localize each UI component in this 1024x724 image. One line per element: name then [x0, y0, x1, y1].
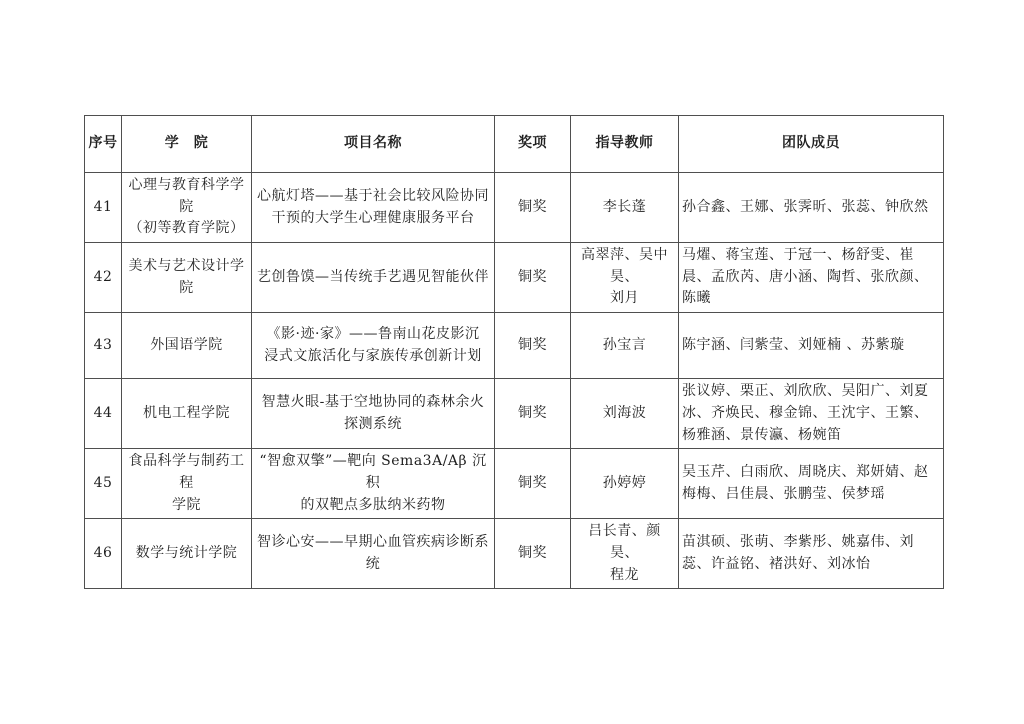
cell-serial-number: 41: [85, 173, 122, 243]
header-team-members: 团队成员: [679, 116, 944, 173]
cell-award: 铜奖: [495, 519, 571, 589]
cell-project-name: 智慧火眼-基于空地协同的森林余火 探测系统: [252, 379, 495, 449]
cell-team-members: 马燿、蒋宝莲、于冠一、杨舒雯、崔晨、孟欣芮、唐小涵、陶哲、张欣颜、陈曦: [679, 243, 944, 313]
table-header: 序号 学 院 项目名称 奖项 指导教师 团队成员: [85, 116, 944, 173]
cell-team-members: 苗淇硕、张萌、李紫彤、姚嘉伟、刘蕊、许益铭、褚洪好、刘冰怡: [679, 519, 944, 589]
cell-project-name: 艺创鲁馍—当传统手艺遇见智能伙伴: [252, 243, 495, 313]
cell-serial-number: 44: [85, 379, 122, 449]
cell-project-name: 心航灯塔——基于社会比较风险协同 干预的大学生心理健康服务平台: [252, 173, 495, 243]
cell-college: 数学与统计学院: [122, 519, 252, 589]
header-advisor: 指导教师: [571, 116, 679, 173]
table-row: 46 数学与统计学院 智诊心安——早期心血管疾病诊断系 统 铜奖 吕长青、颜昊、…: [85, 519, 944, 589]
cell-project-name: “智愈双擎”—靶向 Sema3A/Aβ 沉积 的双靶点多肽纳米药物: [252, 449, 495, 519]
table-row: 43 外国语学院 《影·迹·家》——鲁南山花皮影沉 浸式文旅活化与家族传承创新计…: [85, 313, 944, 379]
cell-team-members: 吴玉芹、白雨欣、周晓庆、郑妍婧、赵梅梅、吕佳晨、张鹏莹、侯梦瑶: [679, 449, 944, 519]
cell-college: 心理与教育科学学院 （初等教育学院）: [122, 173, 252, 243]
cell-college: 食品科学与制药工程 学院: [122, 449, 252, 519]
header-college: 学 院: [122, 116, 252, 173]
cell-college: 美术与艺术设计学院: [122, 243, 252, 313]
cell-project-name: 智诊心安——早期心血管疾病诊断系 统: [252, 519, 495, 589]
cell-award: 铜奖: [495, 173, 571, 243]
cell-college: 外国语学院: [122, 313, 252, 379]
cell-serial-number: 46: [85, 519, 122, 589]
cell-award: 铜奖: [495, 313, 571, 379]
cell-team-members: 陈宇涵、闫紫莹、刘娅楠 、苏紫璇: [679, 313, 944, 379]
cell-advisor: 刘海波: [571, 379, 679, 449]
cell-advisor: 李长蓬: [571, 173, 679, 243]
document-page: 序号 学 院 项目名称 奖项 指导教师 团队成员 41 心理与教育科学学院 （初…: [0, 0, 1024, 724]
cell-serial-number: 45: [85, 449, 122, 519]
header-row: 序号 学 院 项目名称 奖项 指导教师 团队成员: [85, 116, 944, 173]
table-row: 44 机电工程学院 智慧火眼-基于空地协同的森林余火 探测系统 铜奖 刘海波 张…: [85, 379, 944, 449]
header-serial-number: 序号: [85, 116, 122, 173]
header-project-name: 项目名称: [252, 116, 495, 173]
cell-advisor: 孙宝言: [571, 313, 679, 379]
cell-advisor: 吕长青、颜昊、 程龙: [571, 519, 679, 589]
cell-award: 铜奖: [495, 449, 571, 519]
cell-advisor: 孙婷婷: [571, 449, 679, 519]
cell-serial-number: 42: [85, 243, 122, 313]
table-body: 41 心理与教育科学学院 （初等教育学院） 心航灯塔——基于社会比较风险协同 干…: [85, 173, 944, 589]
cell-serial-number: 43: [85, 313, 122, 379]
cell-award: 铜奖: [495, 379, 571, 449]
cell-team-members: 张议婷、栗正、刘欣欣、吴阳广、刘夏冰、齐焕民、穆金锦、王沈宇、王繁、杨雅涵、景传…: [679, 379, 944, 449]
cell-project-name: 《影·迹·家》——鲁南山花皮影沉 浸式文旅活化与家族传承创新计划: [252, 313, 495, 379]
cell-team-members: 孙合鑫、王娜、张霁昕、张蕊、钟欣然: [679, 173, 944, 243]
header-award: 奖项: [495, 116, 571, 173]
table-row: 41 心理与教育科学学院 （初等教育学院） 心航灯塔——基于社会比较风险协同 干…: [85, 173, 944, 243]
cell-college: 机电工程学院: [122, 379, 252, 449]
award-results-table: 序号 学 院 项目名称 奖项 指导教师 团队成员 41 心理与教育科学学院 （初…: [84, 115, 944, 589]
table-row: 42 美术与艺术设计学院 艺创鲁馍—当传统手艺遇见智能伙伴 铜奖 高翠萍、吴中昊…: [85, 243, 944, 313]
cell-advisor: 高翠萍、吴中昊、 刘月: [571, 243, 679, 313]
table-row: 45 食品科学与制药工程 学院 “智愈双擎”—靶向 Sema3A/Aβ 沉积 的…: [85, 449, 944, 519]
cell-award: 铜奖: [495, 243, 571, 313]
